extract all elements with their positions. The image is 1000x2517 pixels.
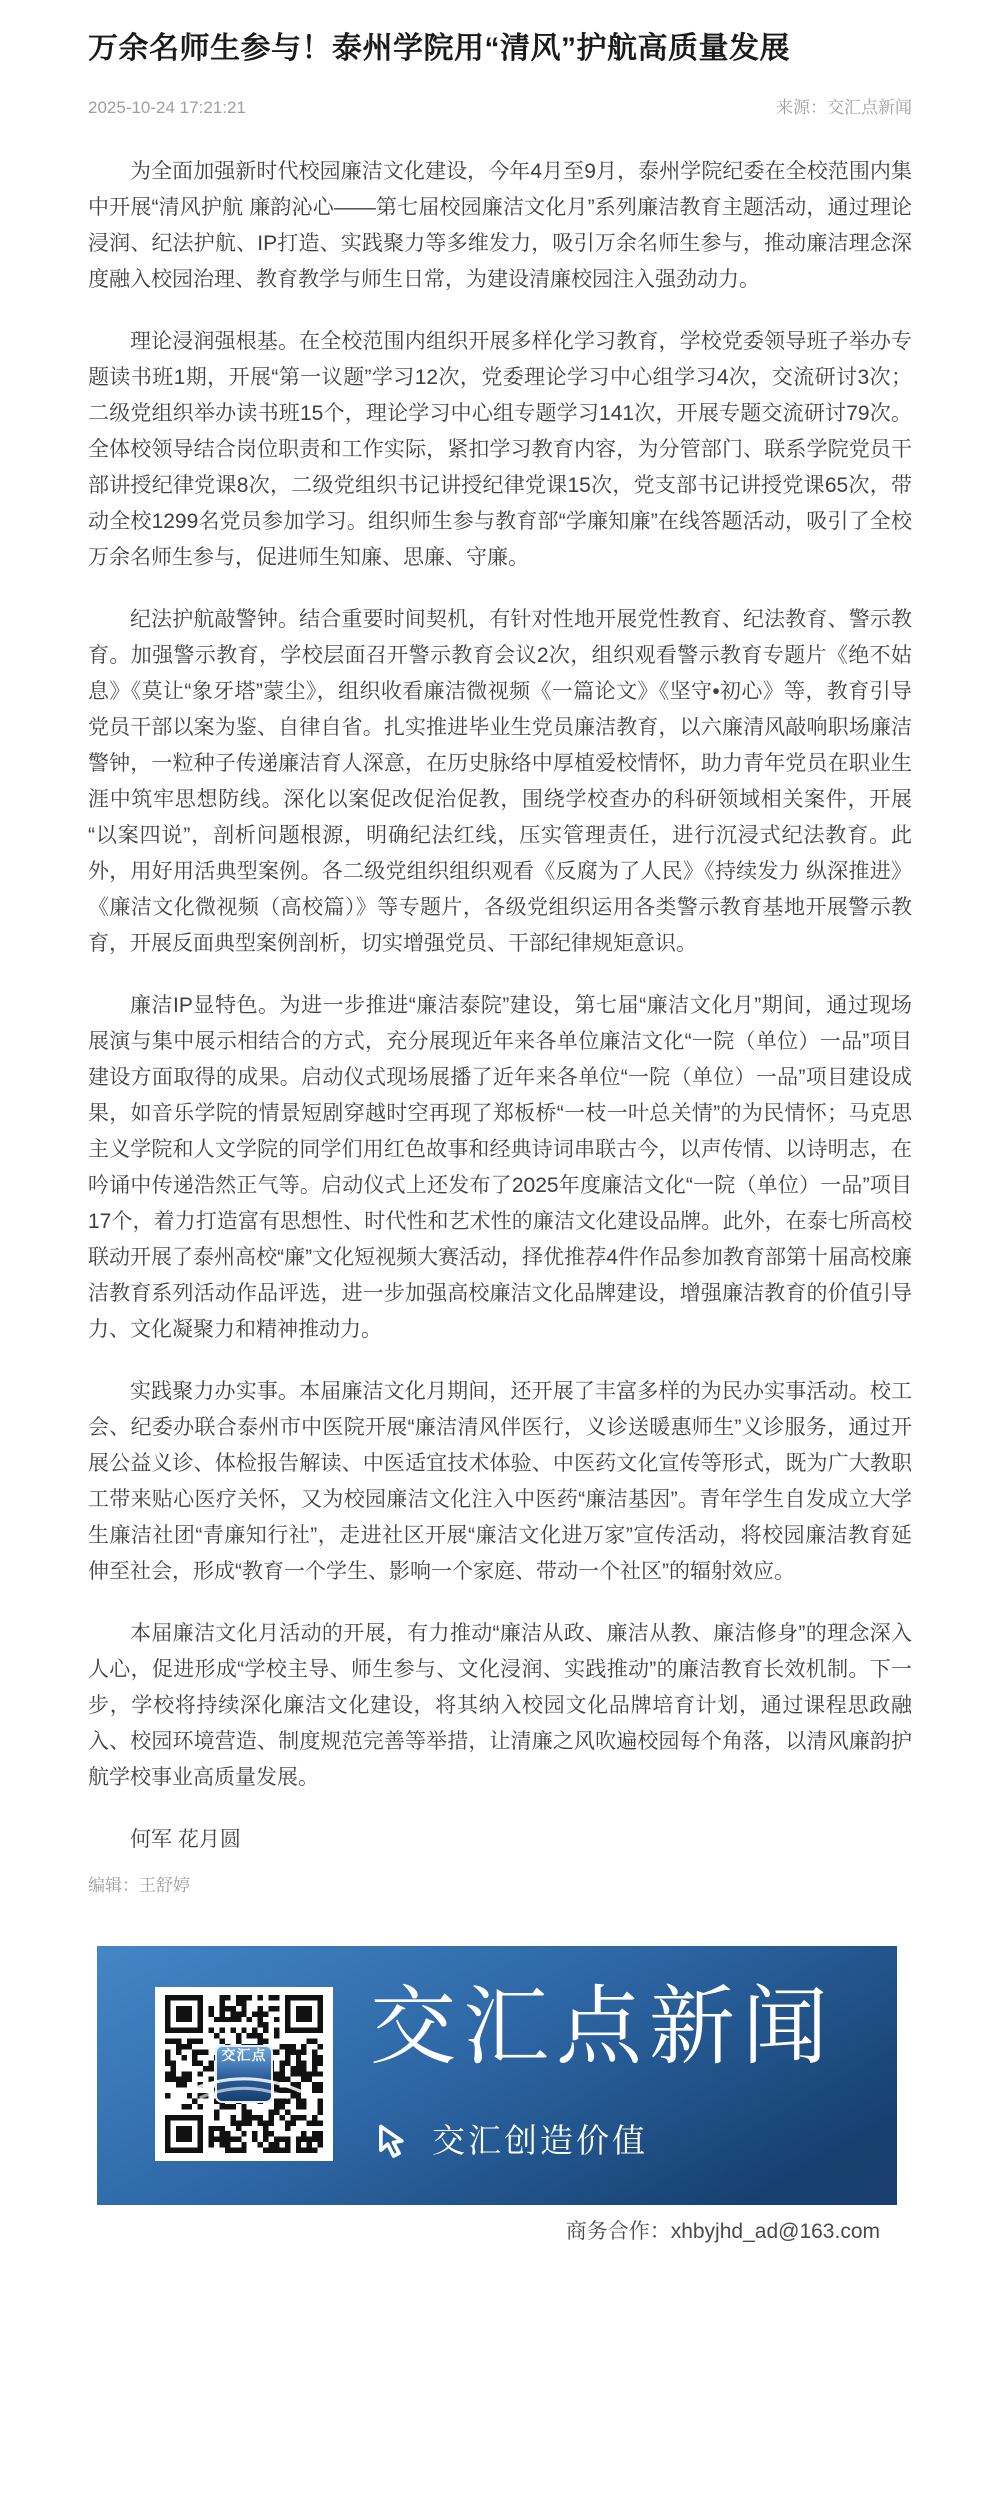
logo-arcs-icon: [163, 2063, 325, 2101]
author-line: 何军 花月圆: [88, 1822, 912, 1858]
paragraph: 纪法护航敲警钟。结合重要时间契机，有针对性地开展党性教育、纪法教育、警示教育。加…: [88, 602, 912, 962]
paragraph: 理论浸润强根基。在全校范围内组织开展多样化学习教育，学校党委领导班子举办专题读书…: [88, 324, 912, 576]
qr-code: 交汇点: [155, 1987, 333, 2161]
paragraph: 实践聚力办实事。本届廉洁文化月期间，还开展了丰富多样的为民办实事活动。校工会、纪…: [88, 1374, 912, 1590]
business-contact: 商务合作：xhbyjhd_ad@163.com: [97, 2218, 897, 2246]
publish-time: 2025-10-24 17:21:21: [88, 96, 246, 120]
paragraph: 本届廉洁文化月活动的开展，有力推动“廉洁从政、廉洁从教、廉洁修身”的理念深入人心…: [88, 1616, 912, 1796]
article-page: 万余名师生参与！泰州学院用“清风”护航高质量发展 2025-10-24 17:2…: [0, 0, 1000, 2517]
qr-logo-text: 交汇点: [222, 2047, 267, 2063]
banner-right: 交汇点新闻 交汇创造价值: [370, 1987, 835, 2163]
source-label: 来源：交汇点新闻: [776, 96, 912, 120]
qr-center-logo: 交汇点: [215, 2045, 273, 2103]
slogan-row: 交汇创造价值: [370, 2119, 835, 2163]
article-meta: 2025-10-24 17:21:21 来源：交汇点新闻: [88, 96, 912, 120]
paragraph: 为全面加强新时代校园廉洁文化建设，今年4月至9月，泰州学院纪委在全校范围内集中开…: [88, 154, 912, 298]
article-body: 为全面加强新时代校园廉洁文化建设，今年4月至9月，泰州学院纪委在全校范围内集中开…: [88, 154, 912, 1858]
slogan-text: 交汇创造价值: [432, 2123, 648, 2159]
cursor-arrow-icon: [370, 2119, 410, 2163]
paragraph: 廉洁IP显特色。为进一步推进“廉洁泰院”建设，第七届“廉洁文化月”期间，通过现场…: [88, 988, 912, 1348]
brand-name: 交汇点新闻: [370, 1983, 835, 2071]
news-brand-banner[interactable]: 交汇点 交汇点新闻 交汇创造价值: [97, 1946, 897, 2205]
editor-line: 编辑：王舒婷: [88, 1874, 912, 1898]
page-title: 万余名师生参与！泰州学院用“清风”护航高质量发展: [88, 28, 912, 70]
